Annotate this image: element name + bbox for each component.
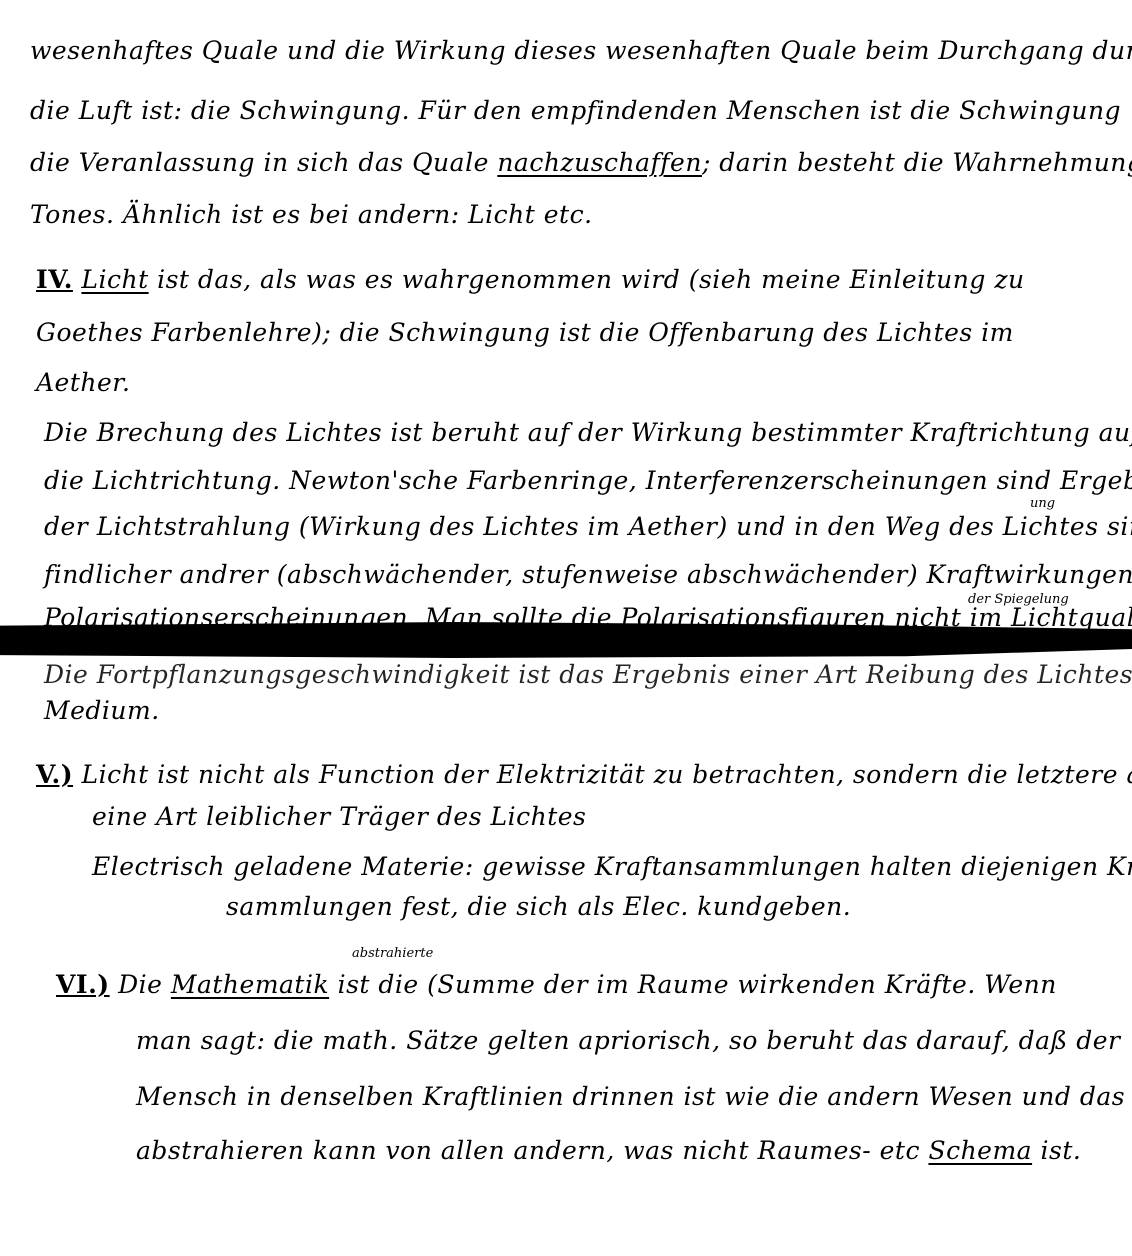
section-numeral: V.) <box>36 760 73 789</box>
text-span: Licht ist nicht als Function der Elektri… <box>82 760 1132 789</box>
text-line: die Lichtrichtung. Newton'sche Farbenrin… <box>44 466 1132 495</box>
section-v-heading: V.) Licht ist nicht als Function der Ele… <box>36 760 1132 789</box>
underlined-word: nachzuschaffen <box>497 148 702 177</box>
text-span: ist. <box>1041 1136 1082 1165</box>
text-span: ist die (Summe der im Raume wirkenden Kr… <box>338 970 1057 999</box>
ink-smear <box>0 622 1132 658</box>
section-vi-heading: VI.) Die Mathematik ist die (Summe der i… <box>56 970 1057 999</box>
text-line: Goethes Farbenlehre); die Schwingung ist… <box>36 318 1014 347</box>
text-line: die Veranlassung in sich das Quale nachz… <box>30 148 1132 177</box>
keyword-mathematik: Mathematik <box>171 970 329 999</box>
section-numeral: IV. <box>36 265 73 294</box>
insertion-note: abstrahierte <box>352 946 433 961</box>
insertion-note: ung <box>1030 496 1055 511</box>
text-line: Electrisch geladene Materie: gewisse Kra… <box>92 852 1132 881</box>
text-line: Medium. <box>44 696 160 725</box>
text-span: abstrahieren kann von allen andern, was … <box>136 1136 920 1165</box>
text-line: eine Art leiblicher Träger des Lichtes <box>92 802 586 831</box>
keyword-licht: Licht <box>81 265 148 294</box>
text-line: der Lichtstrahlung (Wirkung des Lichtes … <box>44 512 1132 541</box>
section-numeral: VI.) <box>56 970 110 999</box>
text-line: man sagt: die math. Sätze gelten apriori… <box>136 1026 1120 1055</box>
text-line: die Luft ist: die Schwingung. Für den em… <box>30 96 1121 125</box>
underlined-word: Schema <box>928 1136 1032 1165</box>
text-line: wesenhaftes Quale und die Wirkung dieses… <box>30 36 1132 65</box>
text-span: ist das, als was es wahrgenommen wird (s… <box>157 265 1025 294</box>
text-span: Die <box>118 970 162 999</box>
text-line: sammlungen fest, die sich als Elec. kund… <box>226 892 851 921</box>
text-span: ; darin besteht die Wahrnehmung des <box>702 148 1132 177</box>
section-iv-heading: IV. Licht ist das, als was es wahrgenomm… <box>36 265 1025 294</box>
text-span: die Veranlassung in sich das Quale <box>30 148 489 177</box>
text-line: Aether. <box>36 368 130 397</box>
text-line: Mensch in denselben Kraftlinien drinnen … <box>136 1082 1132 1111</box>
text-line: Die Brechung des Lichtes ist beruht auf … <box>44 418 1132 447</box>
text-line: findlicher andrer (abschwächender, stufe… <box>44 560 1132 589</box>
text-line: Tones. Ähnlich ist es bei andern: Licht … <box>30 200 593 229</box>
text-line: Die Fortpflanzungsgeschwindigkeit ist da… <box>44 660 1132 689</box>
text-line: abstrahieren kann von allen andern, was … <box>136 1136 1081 1165</box>
